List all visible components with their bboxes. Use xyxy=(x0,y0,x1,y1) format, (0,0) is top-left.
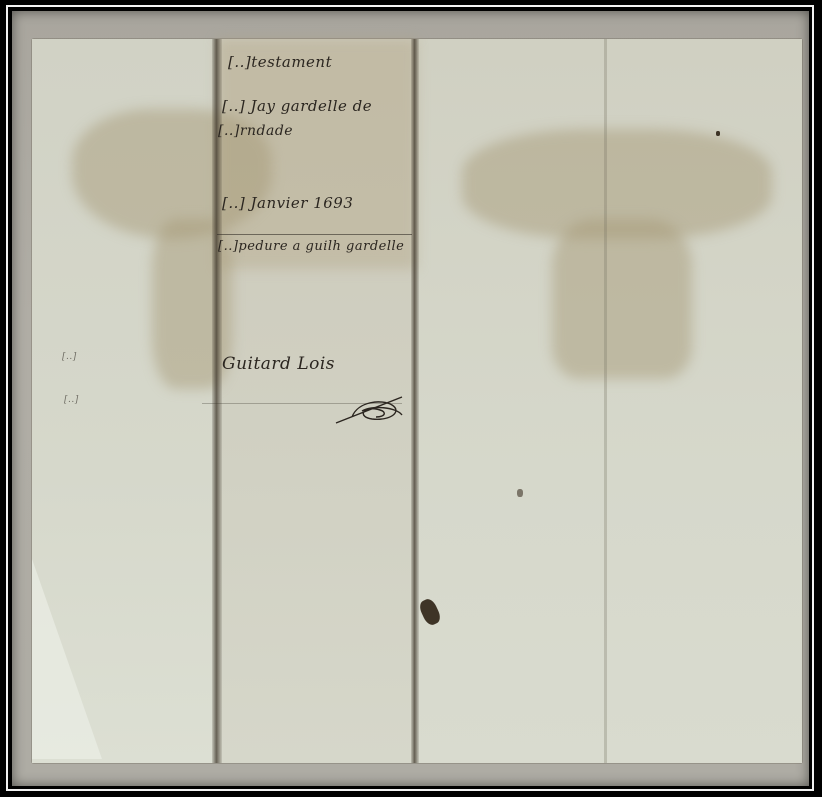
folded-corner xyxy=(32,559,102,759)
ink-spot xyxy=(517,489,523,497)
date-line: [..] Janvier 1693 xyxy=(222,194,353,212)
signature-flourish-icon xyxy=(332,387,410,427)
handwriting-line: [..] Jay gardelle de xyxy=(222,97,372,115)
paper-sheet: [..]testament [..] Jay gardelle de [..]r… xyxy=(32,39,802,763)
ruled-line xyxy=(217,234,412,235)
handwriting-line: [..]testament xyxy=(228,53,332,71)
ink-spot xyxy=(716,131,720,136)
margin-mark: [..] xyxy=(64,395,79,405)
fold-crease xyxy=(212,39,222,763)
margin-mark: [..] xyxy=(62,352,77,362)
handwriting-line: [..]pedure a guilh gardelle xyxy=(218,239,404,254)
fold-crease xyxy=(604,39,607,763)
signature: Guitard Lois xyxy=(222,354,335,374)
water-stain xyxy=(552,219,692,379)
document-photograph: [..]testament [..] Jay gardelle de [..]r… xyxy=(12,11,809,786)
ruled-line xyxy=(202,403,402,404)
fold-crease xyxy=(411,39,419,763)
handwriting-line: [..]rndade xyxy=(218,123,293,139)
